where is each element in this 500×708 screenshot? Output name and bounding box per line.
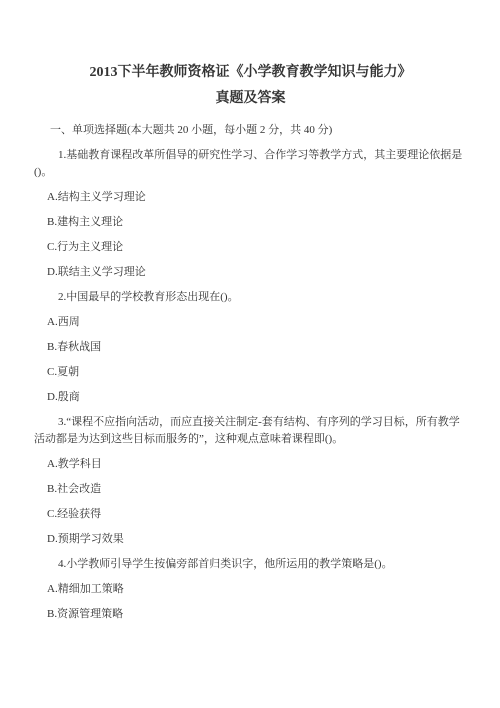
question-3-option-c: C.经验获得 (34, 506, 467, 523)
question-2-option-b: B.春秋战国 (34, 339, 467, 356)
question-text-3: 3.“课程不应指向活动，而应直接关注制定-套有结构、有序列的学习目标，所有教学活… (34, 414, 467, 448)
document-title-line-1: 2013下半年教师资格证《小学教育教学知识与能力》 (34, 60, 467, 86)
question-4-option-b: B.资源管理策略 (34, 606, 467, 623)
document-title-line-2: 真题及答案 (34, 86, 467, 112)
question-2-option-d: D.殷商 (34, 389, 467, 406)
question-text-2: 2.中国最早的学校教育形态出现在()。 (34, 289, 467, 306)
question-2-option-c: C.夏朝 (34, 364, 467, 381)
section-heading: 一、单项选择题(本大题共 20 小题，每小题 2 分，共 40 分) (34, 122, 467, 139)
question-3-option-a: A.教学科目 (34, 456, 467, 473)
question-1-option-c: C.行为主义理论 (34, 239, 467, 256)
question-1-option-a: A.结构主义学习理论 (34, 189, 467, 206)
question-text-4: 4.小学教师引导学生按偏旁部首归类识字，他所运用的教学策略是()。 (34, 556, 467, 573)
document-title: 2013下半年教师资格证《小学教育教学知识与能力》 真题及答案 (34, 60, 467, 112)
question-2-option-a: A.西周 (34, 314, 467, 331)
question-4-option-a: A.精细加工策略 (34, 581, 467, 598)
question-1-option-d: D.联结主义学习理论 (34, 264, 467, 281)
question-text-1: 1.基础教育课程改革所倡导的研究性学习、合作学习等教学方式，其主要理论依据是()… (34, 147, 467, 181)
question-1-option-b: B.建构主义理论 (34, 214, 467, 231)
question-3-option-d: D.预期学习效果 (34, 531, 467, 548)
document-page: 2013下半年教师资格证《小学教育教学知识与能力》 真题及答案 一、单项选择题(… (0, 0, 500, 708)
question-3-option-b: B.社会改造 (34, 481, 467, 498)
